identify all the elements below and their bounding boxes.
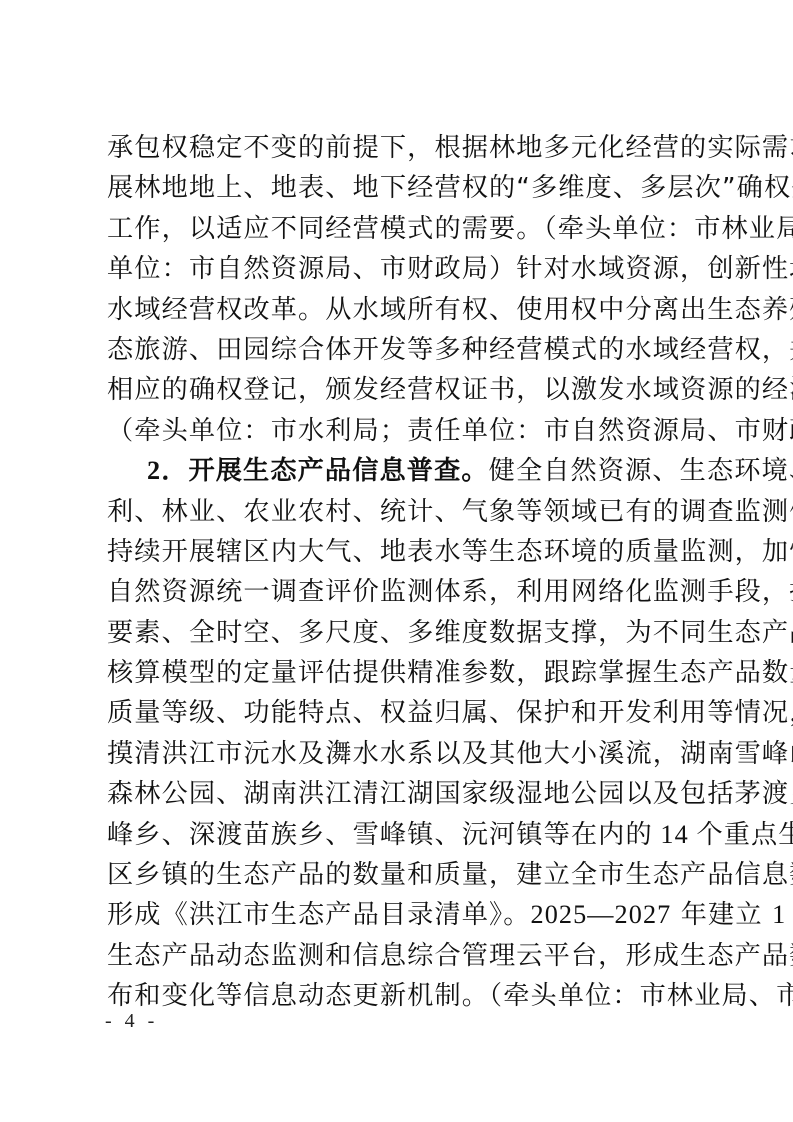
section-heading: 开展生态产品信息普查。 xyxy=(188,456,488,486)
text-line: 工作，以适应不同经营模式的需要。（牵头单位：市林业局；责任 xyxy=(107,209,699,249)
document-body: 承包权稳定不变的前提下，根据林地多元化经营的实际需求，开 展林地地上、地表、地下… xyxy=(107,128,699,1017)
text-line: 核算模型的定量评估提供精准参数，跟踪掌握生态产品数量分布、 xyxy=(107,653,699,693)
text-line: 形成《洪江市生态产品目录清单》。2025—2027 年建立 1 个县域 xyxy=(107,895,699,935)
text-line: 峰乡、深渡苗族乡、雪峰镇、沅河镇等在内的 14 个重点生态功能 xyxy=(107,815,699,855)
text-line: 布和变化等信息动态更新机制。（牵头单位：市林业局、市发展和 xyxy=(107,976,699,1016)
text-line: 摸清洪江市沅水及㵲水水系以及其他大小溪流，湖南雪峰山国家 xyxy=(107,734,699,774)
text-line: 持续开展辖区内大气、地表水等生态环境的质量监测，加快建立 xyxy=(107,532,699,572)
section-2-heading-line: 2．开展生态产品信息普查。健全自然资源、生态环境、水 xyxy=(107,451,699,491)
text-line: 单位：市自然资源局、市财政局）针对水域资源，创新性地开展 xyxy=(107,249,699,289)
text-segment: 个重点生态功能 xyxy=(696,820,793,850)
year-range: 2025—2027 xyxy=(531,900,672,929)
text-line: 展林地地上、地表、地下经营权的“多维度、多层次”确权登记 xyxy=(107,168,699,208)
number-segment: 14 xyxy=(653,820,697,849)
text-segment: 峰乡、深渡苗族乡、雪峰镇、沅河镇等在内的 xyxy=(107,820,653,850)
text-line: 要素、全时空、多尺度、多维度数据支撑，为不同生态产品价值 xyxy=(107,613,699,653)
text-line: 态旅游、田园综合体开发等多种经营模式的水域经营权，并进行 xyxy=(107,330,699,370)
number-segment: 1 xyxy=(772,900,786,929)
text-line: 森林公园、湖南洪江清江湖国家级湿地公园以及包括茅渡乡、群 xyxy=(107,774,699,814)
document-page: 承包权稳定不变的前提下，根据林地多元化经营的实际需求，开 展林地地上、地表、地下… xyxy=(0,0,793,1122)
section-number: 2． xyxy=(147,456,188,485)
page-number: - 4 - xyxy=(105,1010,158,1033)
section-text: 健全自然资源、生态环境、水 xyxy=(489,456,793,486)
text-line: 承包权稳定不变的前提下，根据林地多元化经营的实际需求，开 xyxy=(107,128,699,168)
text-line: 区乡镇的生态产品的数量和质量，建立全市生态产品信息数据库， xyxy=(107,855,699,895)
text-segment: 形成《洪江市生态产品目录清单》。 xyxy=(107,900,531,930)
text-segment: 年建立 xyxy=(671,900,772,930)
text-line: 相应的确权登记，颁发经营权证书，以激发水域资源的经济活力。 xyxy=(107,370,699,410)
text-line: 质量等级、功能特点、权益归属、保护和开发利用等情况，重点 xyxy=(107,693,699,733)
text-segment: 个县域 xyxy=(786,900,793,930)
text-line: 生态产品动态监测和信息综合管理云平台，形成生态产品数量分 xyxy=(107,936,699,976)
text-line: （牵头单位：市水利局；责任单位：市自然资源局、市财政局） xyxy=(107,411,699,451)
text-line: 自然资源统一调查评价监测体系，利用网络化监测手段，提供全 xyxy=(107,572,699,612)
text-line: 利、林业、农业农村、统计、气象等领域已有的调查监测体系， xyxy=(107,492,699,532)
text-line: 水域经营权改革。从水域所有权、使用权中分离出生态养殖、生 xyxy=(107,290,699,330)
